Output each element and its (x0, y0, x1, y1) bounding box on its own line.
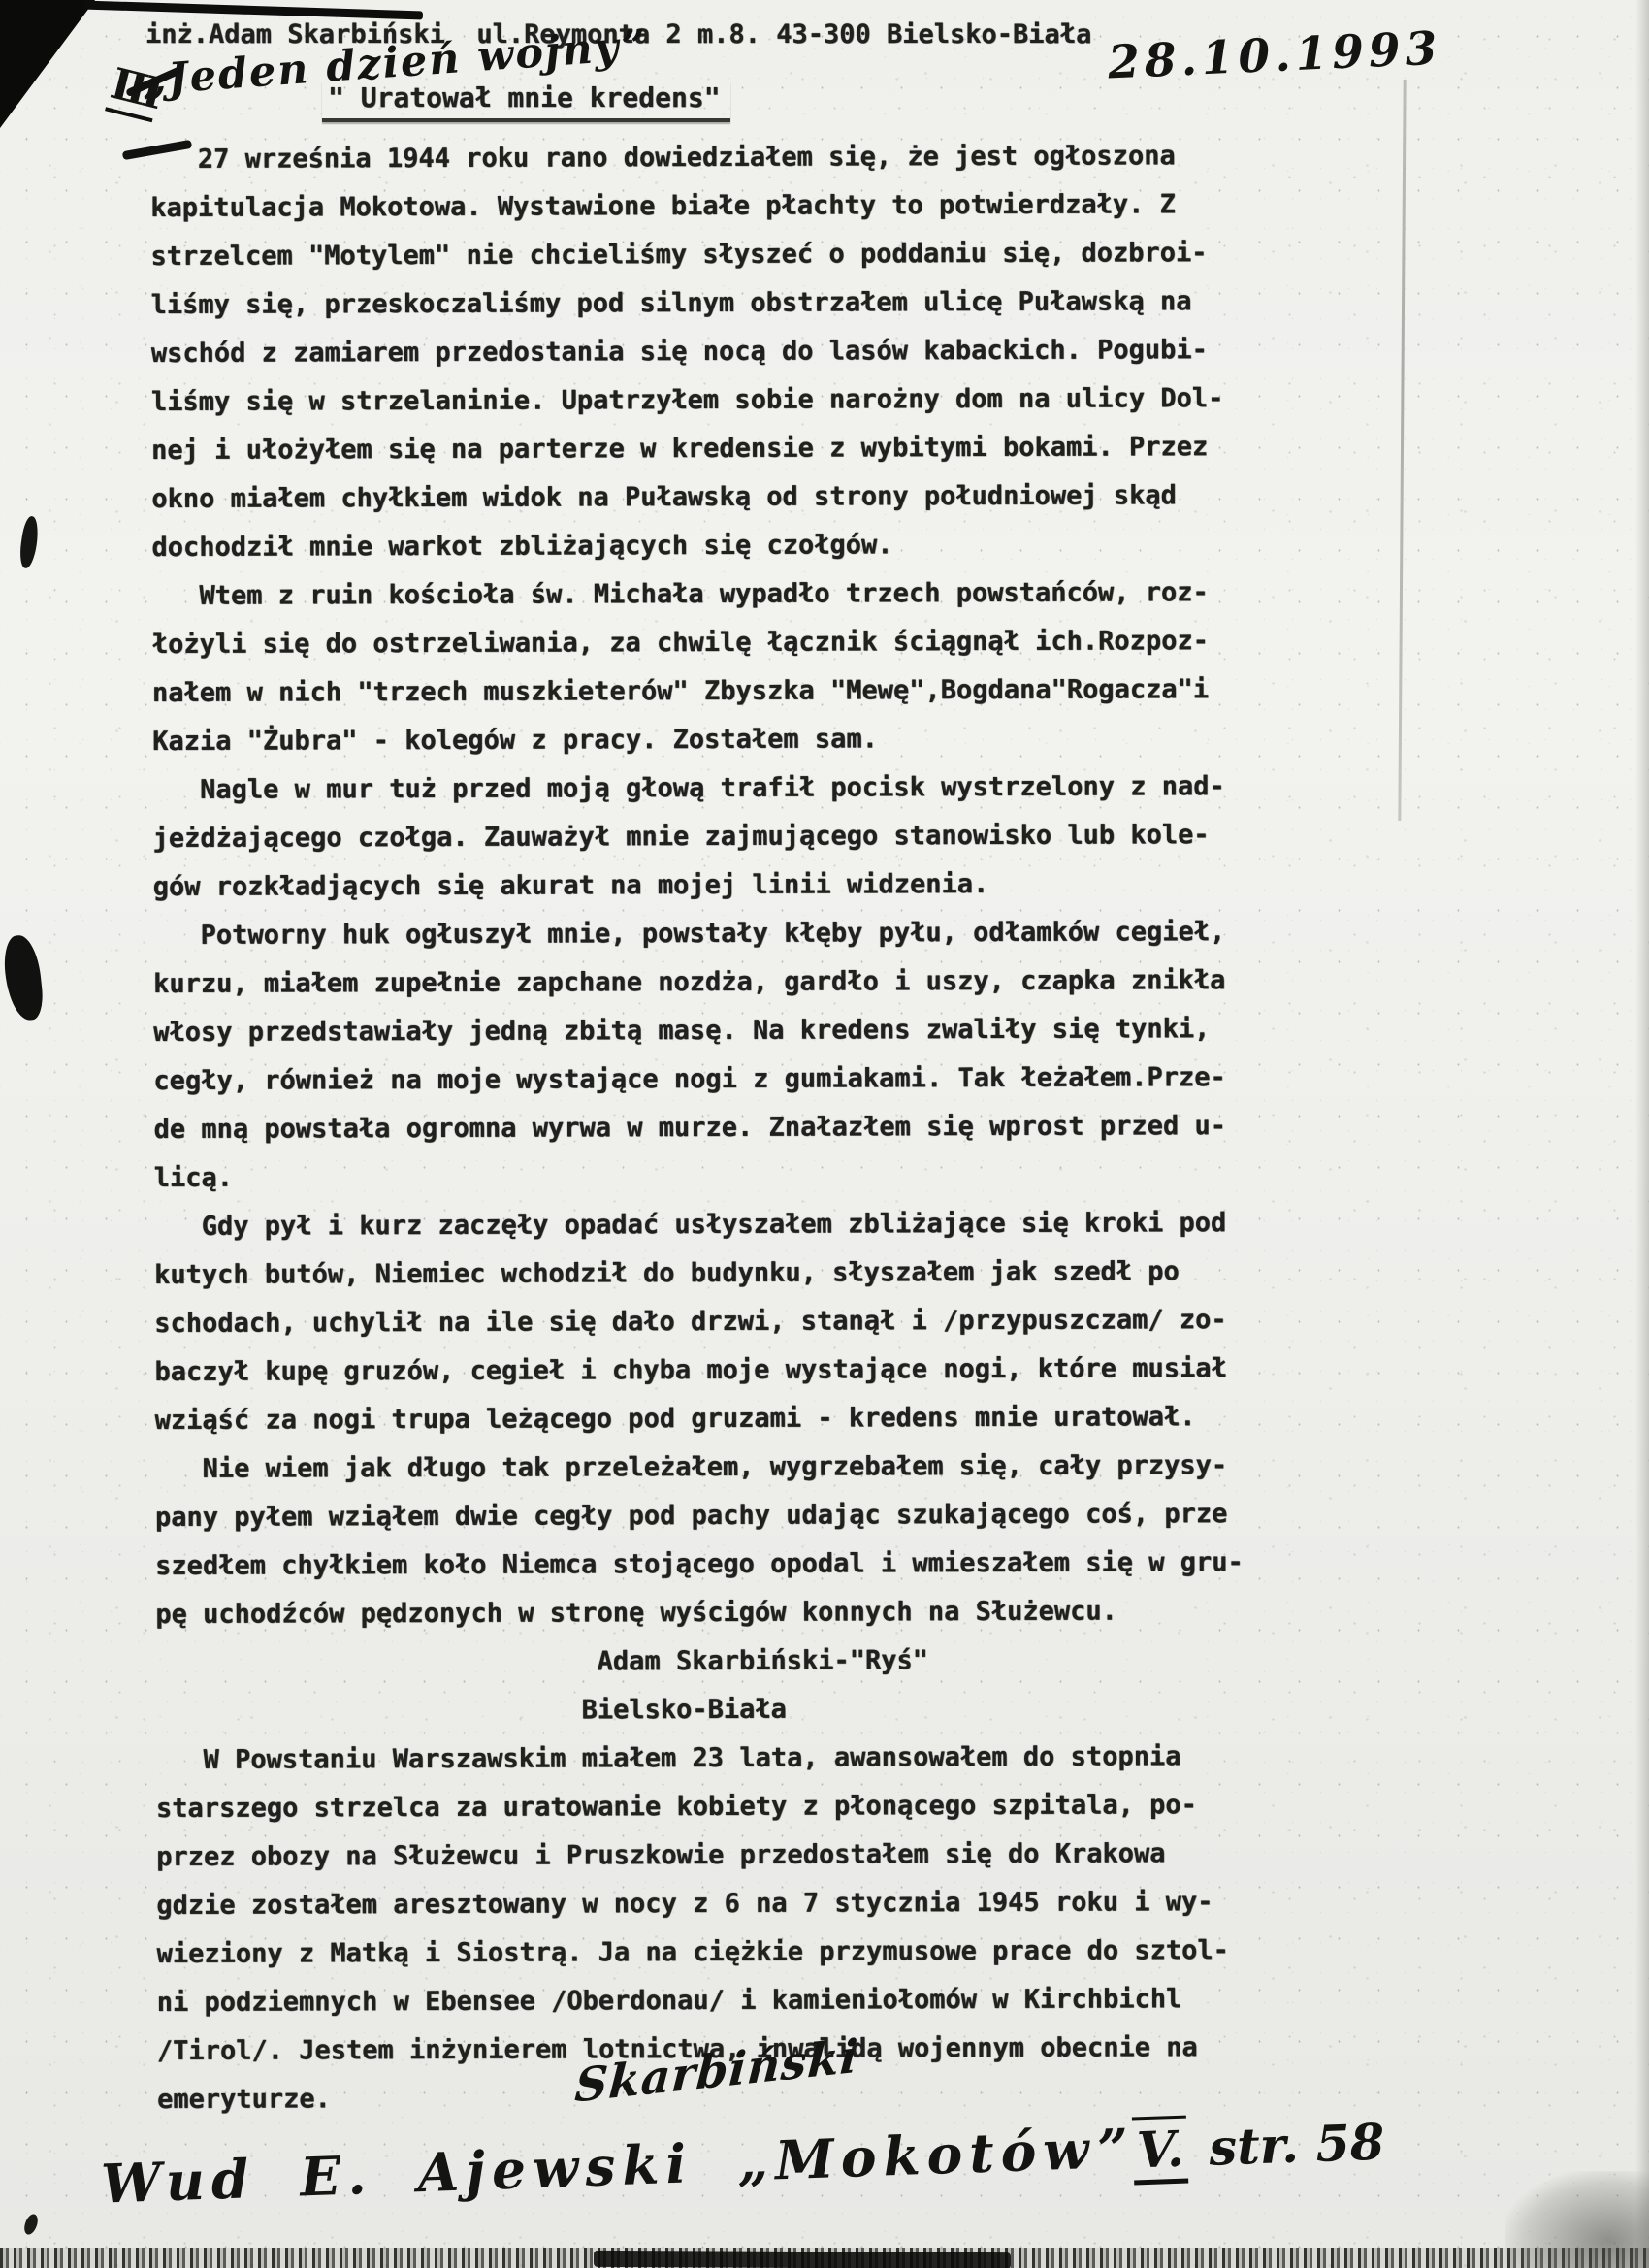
scan-artifact-right-edge-shadow (1635, 0, 1649, 2268)
typescript-body: 27 września 1944 roku rano dowiedziałem … (150, 132, 1245, 2124)
scan-artifact-right-crease (1398, 80, 1406, 821)
handwritten-bottom-note: Wud E. Ajewski „Mokotów” (100, 2116, 1136, 2215)
scan-artifact-top-edge-line (83, 1, 423, 20)
handwritten-date: 28.10.1993 (1107, 22, 1442, 90)
scanned-page: inż.Adam Skarbiński ul.Reymonta 2 m.8. 4… (0, 0, 1649, 2268)
scan-artifact-left-ink-blob-large (1, 933, 45, 1021)
handwritten-reference-page: str. 58 (1208, 2113, 1385, 2177)
scan-artifact-left-bottom-speck (22, 2213, 41, 2237)
scan-artifact-bottom-ink-bar (594, 2251, 1011, 2268)
scan-artifact-left-ink-blob (17, 515, 40, 569)
handwritten-reference-volume: V. (1132, 2116, 1189, 2186)
scan-artifact-bottom-edge (0, 2248, 1649, 2268)
scan-artifact-top-left-corner (0, 0, 95, 128)
scan-artifact-bottom-right-shade (1505, 2171, 1649, 2268)
handwritten-reference: V.str. 58 (1132, 2108, 1386, 2185)
